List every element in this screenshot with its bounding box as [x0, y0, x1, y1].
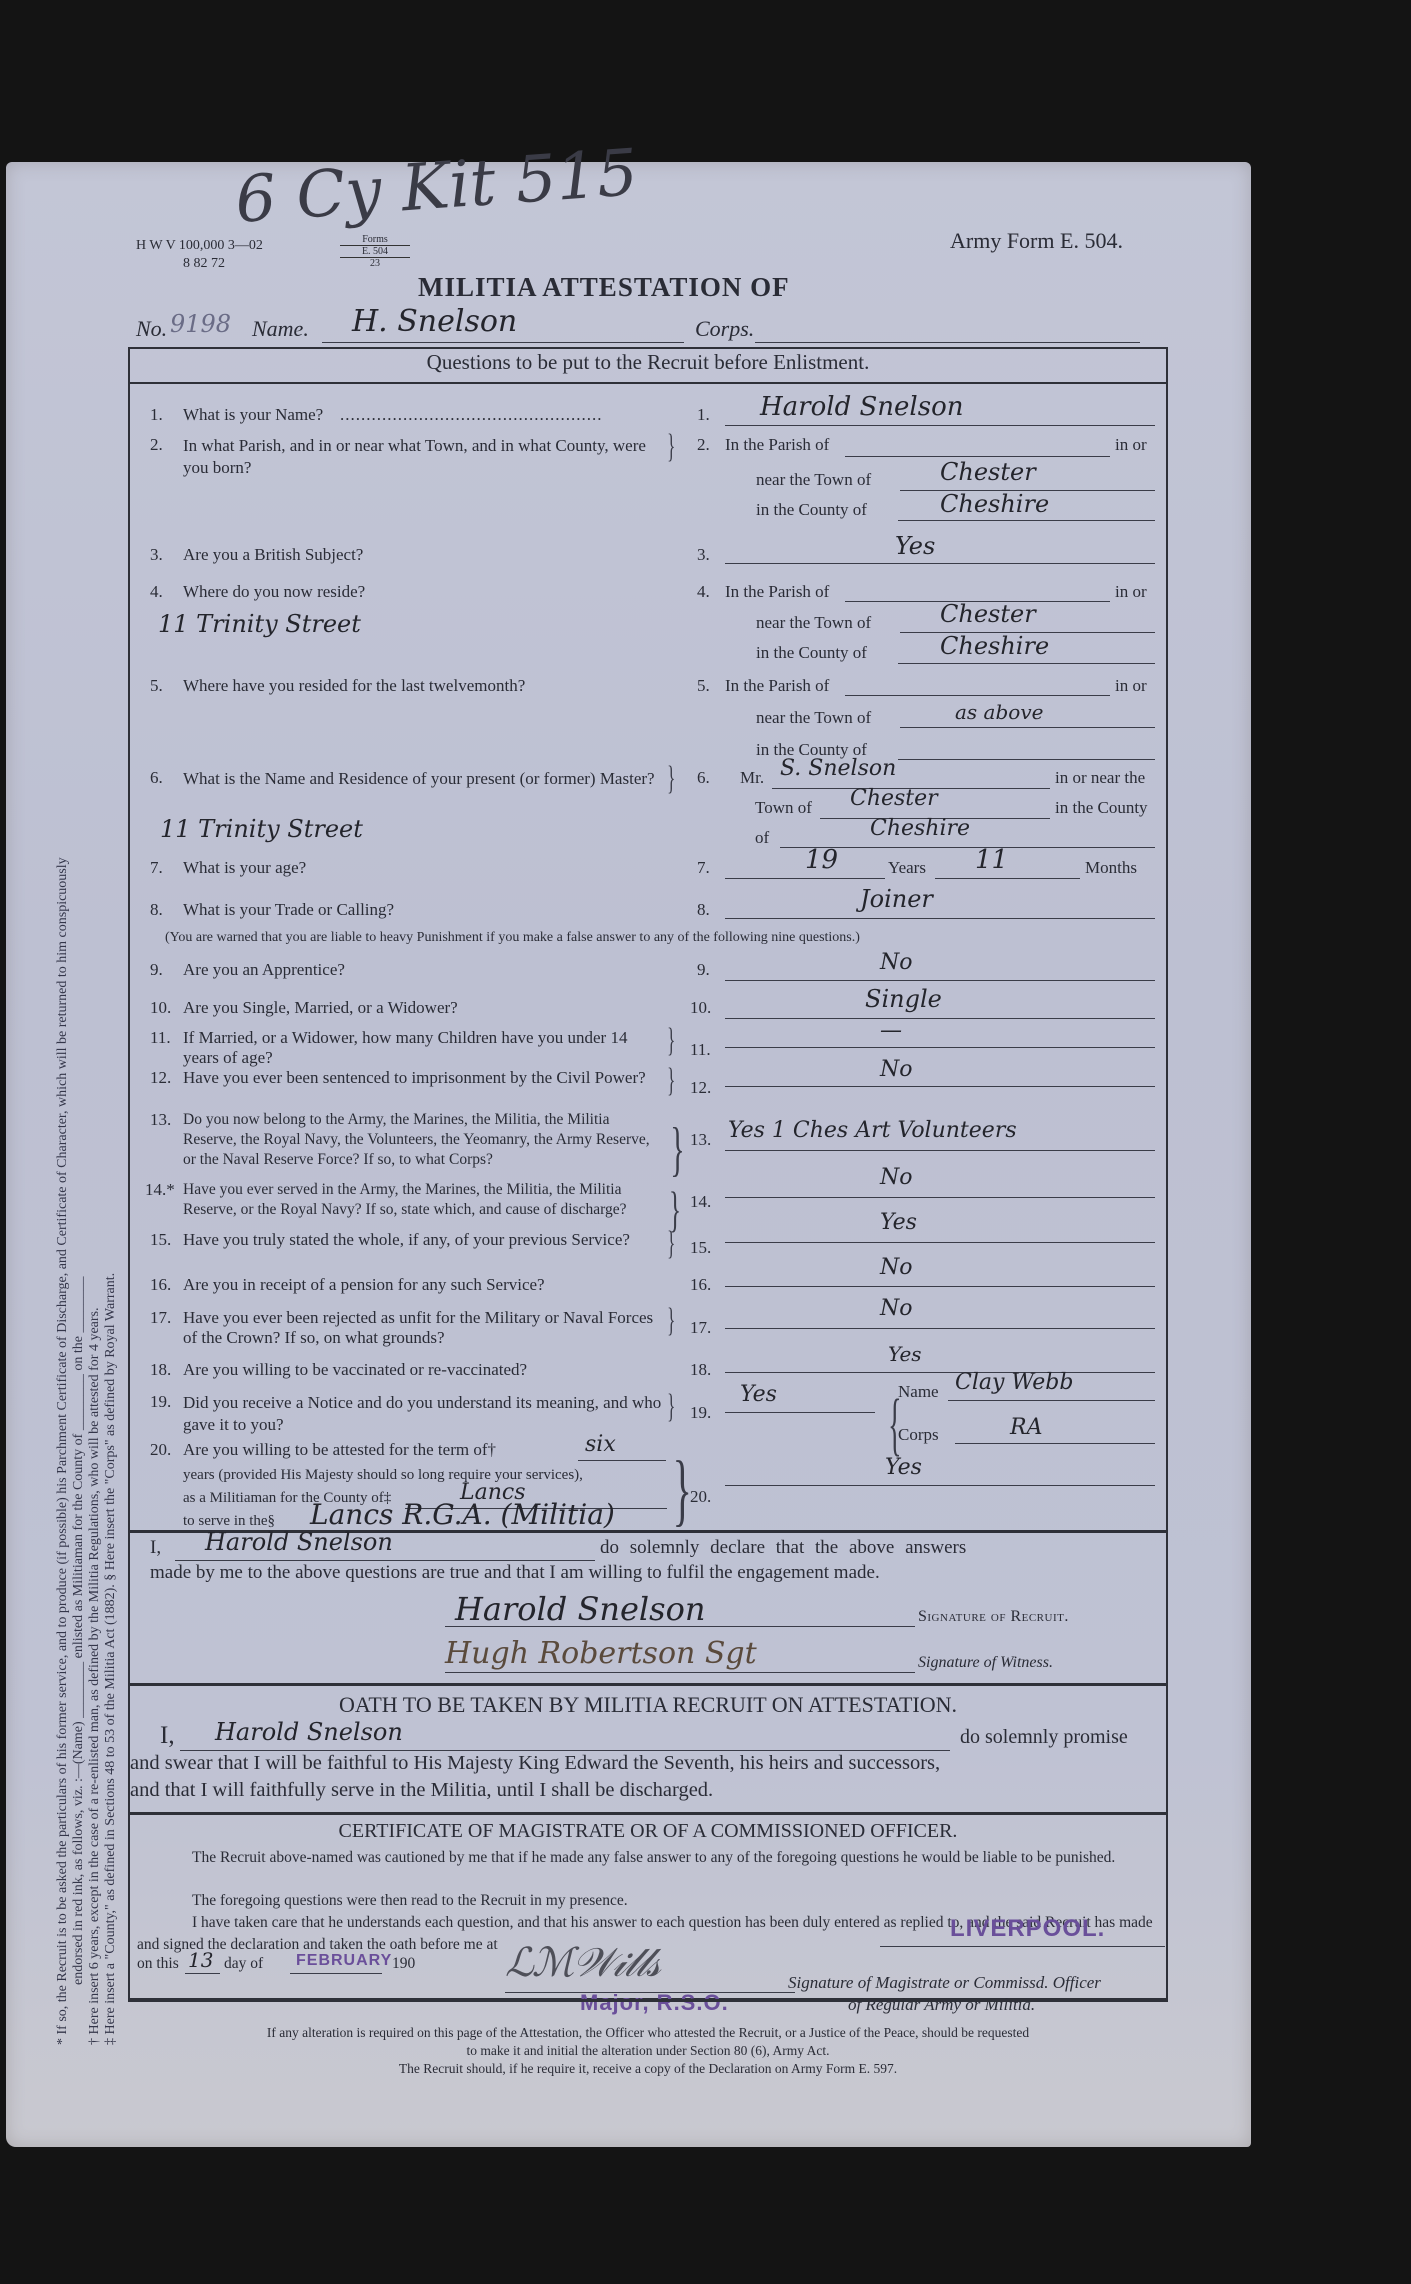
a19-number: 19.	[690, 1403, 711, 1423]
oath-name[interactable]: Harold Snelson	[215, 1718, 403, 1746]
a8-answer[interactable]: Joiner	[860, 885, 933, 913]
a7-months-label: Months	[1085, 858, 1137, 878]
a6-mr-label: Mr.	[740, 768, 764, 788]
q12-number: 12.	[150, 1068, 171, 1088]
a9-answer[interactable]: No	[880, 950, 913, 975]
forms-fraction: Forms E. 504 23	[340, 234, 410, 269]
name-label: Name.	[252, 316, 309, 342]
certificate-signature-label-b: of Regular Army or Militia.	[848, 1995, 1035, 2015]
a14-number: 14.	[690, 1192, 711, 1212]
certificate-on-this: on this	[137, 1955, 179, 1973]
a13-answer[interactable]: Yes 1 Ches Art Volunteers	[728, 1118, 1017, 1143]
q5-text: Where have you resided for the last twel…	[183, 676, 525, 696]
certificate-signature-label-a: Signature of Magistrate or Commissd. Off…	[788, 1973, 1101, 1993]
q13-text: Do you now belong to the Army, the Marin…	[183, 1110, 663, 1170]
footer-line-2: to make it and initial the alteration un…	[128, 2043, 1168, 2059]
a4-in-or: in or	[1115, 582, 1147, 602]
q20-term[interactable]: six	[585, 1432, 616, 1457]
declaration-text-a: do solemnly declare that the above answe…	[600, 1537, 966, 1559]
q11-text: If Married, or a Widower, how many Child…	[183, 1028, 663, 1068]
q5-number: 5.	[150, 676, 163, 696]
number-value[interactable]: 9198	[170, 310, 231, 338]
q18-text: Are you willing to be vaccinated or re-v…	[183, 1360, 527, 1380]
corps-label: Corps.	[695, 316, 754, 342]
a12-answer[interactable]: No	[880, 1057, 913, 1082]
q16-text: Are you in receipt of a pension for any …	[183, 1275, 545, 1295]
margin-note-2: endorsed in red ink, as follows, viz. :—…	[71, 1277, 87, 1985]
a3-answer[interactable]: Yes	[895, 532, 935, 560]
a1-answer[interactable]: Harold Snelson	[760, 392, 963, 422]
print-code-2: 8 82 72	[183, 256, 225, 272]
margin-note-3: † Here insert 6 years, except in the cas…	[87, 1308, 103, 2045]
oath-text-c: and that I will faithfully serve in the …	[130, 1779, 713, 1802]
footer-line-3: The Recruit should, if he require it, re…	[128, 2061, 1168, 2077]
oath-text-a: do solemnly promise	[960, 1726, 1128, 1749]
certificate-day-of: day of	[224, 1955, 263, 1973]
a19-corps[interactable]: RA	[1010, 1415, 1042, 1440]
q11-number: 11.	[150, 1028, 171, 1048]
army-form-number: Army Form E. 504.	[950, 228, 1123, 254]
q20-text-a: Are you willing to be attested for the t…	[183, 1440, 496, 1460]
a5-town[interactable]: as above	[955, 700, 1043, 724]
a19-corps-label: Corps	[898, 1425, 939, 1445]
a6-master[interactable]: S. Snelson	[780, 756, 896, 781]
a2-parish-field[interactable]	[845, 456, 1110, 457]
q16-number: 16.	[150, 1275, 171, 1295]
q7-text: What is your age?	[183, 858, 306, 878]
witness-signature[interactable]: Hugh Robertson Sgt	[445, 1636, 757, 1671]
margin-note-1: * If so, the Recruit is to be asked the …	[55, 857, 71, 2045]
q20-serve-in[interactable]: Lancs R.G.A. (Militia)	[310, 1498, 615, 1531]
warning-note: (You are warned that you are liable to h…	[165, 930, 860, 946]
q9-text: Are you an Apprentice?	[183, 960, 345, 980]
q14-text: Have you ever served in the Army, the Ma…	[183, 1180, 663, 1220]
a14-answer[interactable]: No	[880, 1165, 913, 1190]
a2-town[interactable]: Chester	[940, 458, 1036, 486]
a5-number: 5.	[697, 676, 710, 696]
a8-number: 8.	[697, 900, 710, 920]
a6-number: 6.	[697, 768, 710, 788]
certificate-title: CERTIFICATE OF MAGISTRATE OR OF A COMMIS…	[128, 1820, 1168, 1843]
a20-answer[interactable]: Yes	[885, 1455, 922, 1480]
a2-county[interactable]: Cheshire	[940, 490, 1049, 518]
q1-number: 1.	[150, 405, 163, 425]
a2-county-label: in the County of	[756, 500, 867, 520]
a6-town-label: Town of	[755, 798, 812, 818]
oath-i-label: I,	[160, 1722, 175, 1750]
q2-number: 2.	[150, 435, 163, 455]
a2-in-or: in or	[1115, 435, 1147, 455]
a11-answer[interactable]: —	[880, 1018, 902, 1043]
q2-text: In what Parish, and in or near what Town…	[183, 435, 663, 479]
page-title: MILITIA ATTESTATION OF	[418, 272, 790, 303]
officer-signature[interactable]: ℒℳ𝒲𝒾𝓁𝓁𝓈	[505, 1940, 659, 1986]
questions-header: Questions to be put to the Recruit befor…	[128, 350, 1168, 375]
q17-text: Have you ever been rejected as unfit for…	[183, 1308, 663, 1348]
q4-residence-note[interactable]: 11 Trinity Street	[158, 610, 361, 638]
a7-years-label: Years	[888, 858, 926, 878]
a18-answer[interactable]: Yes	[888, 1342, 922, 1366]
a4-number: 4.	[697, 582, 710, 602]
a2-parish-label: In the Parish of	[725, 435, 829, 455]
month-stamp: FEBRUARY	[296, 1952, 392, 1970]
q8-number: 8.	[150, 900, 163, 920]
q19-text: Did you receive a Notice and do you unde…	[183, 1392, 663, 1436]
a7-months[interactable]: 11	[975, 845, 1008, 875]
a16-number: 16.	[690, 1275, 711, 1295]
a16-answer[interactable]: No	[880, 1255, 913, 1280]
q6-number: 6.	[150, 768, 163, 788]
a4-town-label: near the Town of	[756, 613, 871, 633]
margin-note-4: ‡ Here insert a "County," as defined in …	[103, 1273, 119, 2045]
number-label: No.	[136, 316, 167, 342]
q10-text: Are you Single, Married, or a Widower?	[183, 998, 458, 1018]
a5-county-field[interactable]	[898, 759, 1155, 760]
a19-answer[interactable]: Yes	[740, 1382, 777, 1407]
a4-town[interactable]: Chester	[940, 600, 1036, 628]
q12-text: Have you ever been sentenced to imprison…	[183, 1068, 663, 1088]
certificate-year: 190	[392, 1955, 415, 1973]
a6-in-or-near: in or near the	[1055, 768, 1145, 788]
q3-number: 3.	[150, 545, 163, 565]
a5-parish-field[interactable]	[845, 695, 1110, 696]
a13-number: 13.	[690, 1130, 711, 1150]
recruit-signature[interactable]: Harold Snelson	[455, 1590, 705, 1628]
declaration-name[interactable]: Harold Snelson	[205, 1528, 393, 1556]
a15-number: 15.	[690, 1238, 711, 1258]
a20-number: 20.	[690, 1487, 711, 1507]
q9-number: 9.	[150, 960, 163, 980]
footer-line-1: If any alteration is required on this pa…	[128, 2025, 1168, 2041]
a6-town[interactable]: Chester	[850, 786, 938, 811]
a17-number: 17.	[690, 1318, 711, 1338]
q1-text: What is your Name?	[183, 405, 323, 425]
a2-town-label: near the Town of	[756, 470, 871, 490]
a18-number: 18.	[690, 1360, 711, 1380]
a12-number: 12.	[690, 1078, 711, 1098]
rank-stamp: Major, R.S.O.	[580, 1990, 729, 2016]
q10-number: 10.	[150, 998, 171, 1018]
a6-county[interactable]: Cheshire	[870, 816, 970, 841]
a3-number: 3.	[697, 545, 710, 565]
print-code-1: H W V 100,000 3—02	[136, 238, 263, 254]
recruit-signature-label: Signature of Recruit.	[918, 1608, 1069, 1626]
certificate-p2: The foregoing questions were then read t…	[192, 1892, 628, 1910]
a6-in-county: in the County	[1055, 798, 1148, 818]
q13-number: 13.	[150, 1110, 171, 1130]
a17-answer[interactable]: No	[880, 1296, 913, 1321]
certificate-p1: The Recruit above-named was cautioned by…	[137, 1847, 1157, 1869]
a5-in-or: in or	[1115, 676, 1147, 696]
a5-parish-label: In the Parish of	[725, 676, 829, 696]
witness-signature-label: Signature of Witness.	[918, 1654, 1053, 1672]
q4-number: 4.	[150, 582, 163, 602]
a4-county-label: in the County of	[756, 643, 867, 663]
name-value[interactable]: H. Snelson	[352, 304, 517, 339]
q8-text: What is your Trade or Calling?	[183, 900, 394, 920]
a9-number: 9.	[697, 960, 710, 980]
oath-text-b: and swear that I will be faithful to His…	[130, 1752, 940, 1775]
q3-text: Are you a British Subject?	[183, 545, 363, 565]
a2-number: 2.	[697, 435, 710, 455]
declaration-text-b: made by me to the above questions are tr…	[150, 1562, 880, 1584]
q4-text: Where do you now reside?	[183, 582, 365, 602]
q15-number: 15.	[150, 1230, 171, 1250]
a11-number: 11.	[690, 1040, 711, 1060]
a10-number: 10.	[690, 998, 711, 1018]
q6-text: What is the Name and Residence of your p…	[183, 768, 663, 790]
a19-notice-name-label: Name	[898, 1382, 939, 1402]
corps-field[interactable]	[755, 342, 1140, 343]
q20-number: 20.	[150, 1440, 171, 1460]
place-stamp: LIVERPOOL.	[950, 1915, 1105, 1943]
certificate-day[interactable]: 13	[188, 1948, 213, 1972]
q18-number: 18.	[150, 1360, 171, 1380]
q7-number: 7.	[150, 858, 163, 878]
a6-of-label: of	[755, 828, 769, 848]
a10-answer[interactable]: Single	[865, 985, 942, 1013]
a1-number: 1.	[697, 405, 710, 425]
a15-answer[interactable]: Yes	[880, 1210, 917, 1235]
oath-title: OATH TO BE TAKEN BY MILITIA RECRUIT ON A…	[128, 1692, 1168, 1718]
q14-number: 14.*	[145, 1180, 175, 1200]
a5-town-label: near the Town of	[756, 708, 871, 728]
q19-number: 19.	[150, 1392, 171, 1412]
declaration-i-label: I,	[150, 1537, 161, 1559]
q6-master-address-note[interactable]: 11 Trinity Street	[160, 815, 363, 843]
q17-number: 17.	[150, 1308, 171, 1328]
a4-county[interactable]: Cheshire	[940, 632, 1049, 660]
a19-notice-name[interactable]: Clay Webb	[955, 1370, 1073, 1395]
a4-parish-label: In the Parish of	[725, 582, 829, 602]
a7-number: 7.	[697, 858, 710, 878]
a7-years[interactable]: 19	[805, 845, 838, 875]
q15-text: Have you truly stated the whole, if any,…	[183, 1230, 663, 1250]
